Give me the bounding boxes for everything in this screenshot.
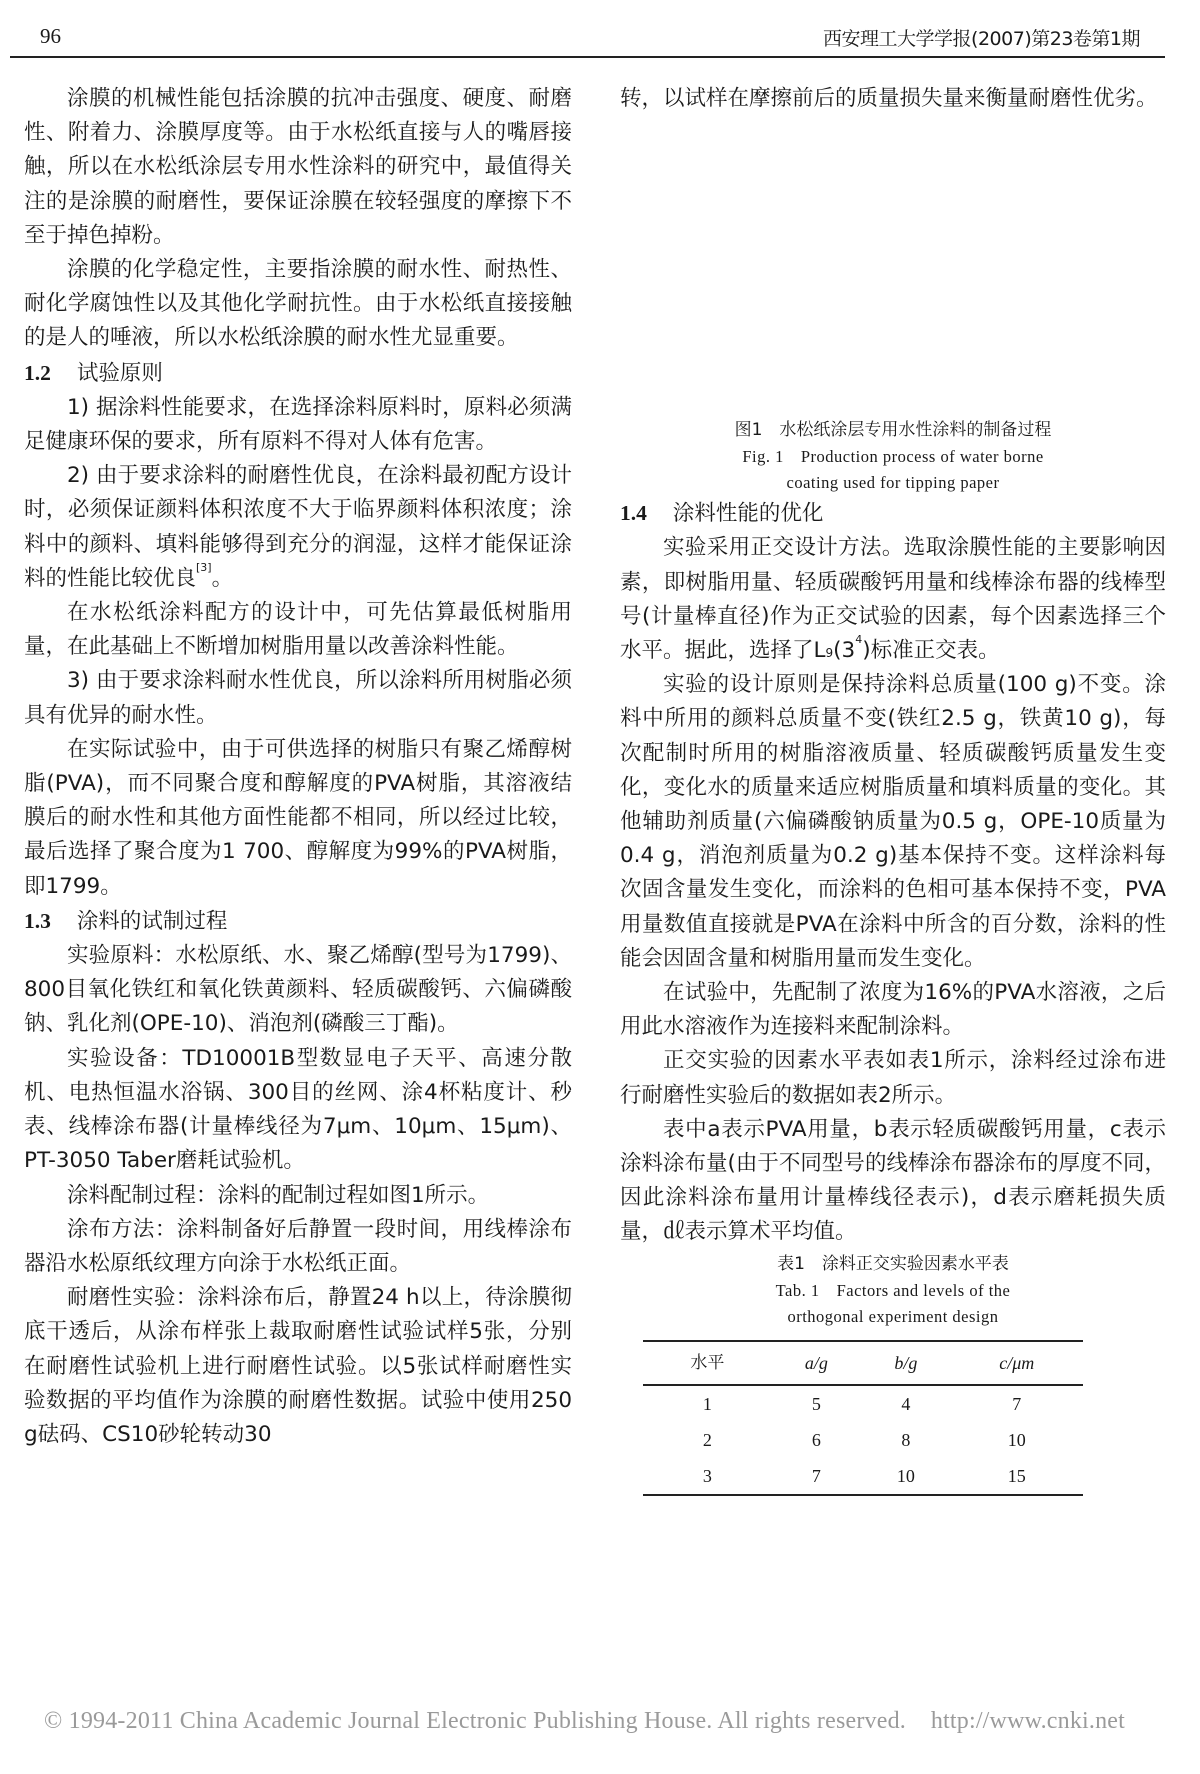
table-cell: 3	[643, 1458, 772, 1495]
table-cell: 1	[643, 1385, 772, 1422]
paragraph-principle-2: 2) 由于要求涂料的耐磨性优良，在涂料最初配方设计时，必须保证颜料体积浓度不大于…	[24, 459, 572, 596]
table-caption-en-line1: Tab. 1 Factors and levels of the	[620, 1278, 1166, 1304]
figure-1-placeholder	[620, 116, 1166, 416]
table-cell: 7	[951, 1385, 1083, 1422]
figure-caption-en-line2: coating used for tipping paper	[620, 470, 1166, 496]
table-cell: 8	[861, 1422, 950, 1458]
paragraph-design-principle: 实验的设计原则是保持涂料总质量(100 g)不变。涂料中所用的颜料总质量不变(铁…	[620, 668, 1166, 976]
section-title: 试验原则	[77, 361, 163, 386]
paragraph-preparation: 涂料配制过程：涂料的配制过程如图1所示。	[24, 1179, 572, 1213]
journal-title: 西安理工大学学报(2007)第23卷第1期	[823, 24, 1140, 51]
paragraph-principle-1: 1) 据涂料性能要求，在选择涂料原料时，原料必须满足健康环保的要求，所有原料不得…	[24, 391, 572, 459]
orthogonal-mid: (3	[833, 638, 855, 663]
table-cell: 7	[772, 1458, 861, 1495]
page-header: 96 西安理工大学学报(2007)第23卷第1期	[36, 20, 1164, 56]
table-row: 2 6 8 10	[643, 1422, 1083, 1458]
copyright-footer: © 1994-2011 China Academic Journal Elect…	[44, 1708, 1125, 1735]
paragraph-equipment: 实验设备：TD10001B型数显电子天平、高速分散机、电热恒温水浴锅、300目的…	[24, 1042, 572, 1179]
table-cell: 6	[772, 1422, 861, 1458]
table-cell: 10	[861, 1458, 950, 1495]
paragraph-mechanical-properties: 涂膜的机械性能包括涂膜的抗冲击强度、硬度、耐磨性、附着力、涂膜厚度等。由于水松纸…	[24, 82, 572, 253]
figure-caption-cn: 图1 水松纸涂层专用水性涂料的制备过程	[620, 416, 1166, 444]
orthogonal-end: )标准正交表。	[862, 638, 999, 663]
paragraph-variable-definitions: 表中a表示PVA用量，b表示轻质碳酸钙用量，c表示涂料涂布量(由于不同型号的线棒…	[620, 1113, 1166, 1250]
paragraph-pva-solution: 在试验中，先配制了浓度为16%的PVA水溶液，之后用此水溶液作为连接料来配制涂料…	[620, 976, 1166, 1044]
header-rule	[10, 56, 1165, 58]
subscript: 9	[825, 646, 833, 660]
section-number: 1.2	[24, 361, 51, 385]
paragraph-coating-method: 涂布方法：涂料制备好后静置一段时间，用线棒涂布器沿水松原纸纹理方向涂于水松纸正面…	[24, 1213, 572, 1281]
section-heading-1-3: 1.3涂料的试制过程	[24, 904, 572, 939]
footer-url[interactable]: http://www.cnki.net	[931, 1708, 1125, 1734]
paragraph-orthogonal-design: 实验采用正交设计方法。选取涂膜性能的主要影响因素，即树脂用量、轻质碳酸钙用量和线…	[620, 531, 1166, 668]
header-a: a/g	[772, 1341, 861, 1385]
header-c: c/μm	[951, 1341, 1083, 1385]
paragraph-abrasion-continued: 转，以试样在摩擦前后的质量损失量来衡量耐磨性优劣。	[620, 82, 1166, 116]
table-caption-cn: 表1 涂料正交实验因素水平表	[620, 1250, 1166, 1278]
table-cell: 15	[951, 1458, 1083, 1495]
table-header-row: 水平 a/g b/g c/μm	[643, 1341, 1083, 1385]
paragraph-pva-selection: 在实际试验中，由于可供选择的树脂只有聚乙烯醇树脂(PVA)，而不同聚合度和醇解度…	[24, 733, 572, 904]
page-number: 96	[40, 24, 61, 49]
paragraph-table-reference: 正交实验的因素水平表如表1所示，涂料经过涂布进行耐磨性实验后的数据如表2所示。	[620, 1044, 1166, 1112]
citation-ref: [3]	[196, 561, 212, 574]
left-column: 涂膜的机械性能包括涂膜的抗冲击强度、硬度、耐磨性、附着力、涂膜厚度等。由于水松纸…	[24, 82, 572, 1452]
paragraph-abrasion-test: 耐磨性实验：涂料涂布后，静置24 h以上，待涂膜彻底干透后，从涂布样张上裁取耐磨…	[24, 1281, 572, 1452]
section-number: 1.3	[24, 909, 51, 933]
right-column: 转，以试样在摩擦前后的质量损失量来衡量耐磨性优劣。 图1 水松纸涂层专用水性涂料…	[620, 82, 1166, 1496]
figure-caption-en-line1: Fig. 1 Production process of water borne	[620, 444, 1166, 470]
table-cell: 4	[861, 1385, 950, 1422]
section-title: 涂料的试制过程	[77, 909, 228, 934]
principle-2-end: 。	[212, 566, 234, 591]
table-cell: 5	[772, 1385, 861, 1422]
header-b: b/g	[861, 1341, 950, 1385]
paragraph-chemical-stability: 涂膜的化学稳定性，主要指涂膜的耐水性、耐热性、耐化学腐蚀性以及其他化学耐抗性。由…	[24, 253, 572, 356]
table-cell: 2	[643, 1422, 772, 1458]
principle-2-text: 2) 由于要求涂料的耐磨性优良，在涂料最初配方设计时，必须保证颜料体积浓度不大于…	[24, 463, 572, 591]
paragraph-principle-3: 3) 由于要求涂料耐水性优良，所以涂料所用树脂必须具有优异的耐水性。	[24, 664, 572, 732]
factor-level-table: 水平 a/g b/g c/μm 1 5 4 7 2 6 8 10 3 7	[643, 1340, 1083, 1497]
section-number: 1.4	[620, 501, 647, 525]
section-heading-1-2: 1.2试验原则	[24, 356, 572, 391]
paragraph-resin-estimate: 在水松纸涂料配方的设计中，可先估算最低树脂用量，在此基础上不断增加树脂用量以改善…	[24, 596, 572, 664]
copyright-text: © 1994-2011 China Academic Journal Elect…	[44, 1708, 906, 1734]
header-level: 水平	[643, 1341, 772, 1385]
table-caption-en-line2: orthogonal experiment design	[620, 1304, 1166, 1330]
table-row: 3 7 10 15	[643, 1458, 1083, 1495]
table-cell: 10	[951, 1422, 1083, 1458]
section-title: 涂料性能的优化	[673, 501, 824, 526]
paragraph-materials: 实验原料：水松原纸、水、聚乙烯醇(型号为1799)、800目氧化铁红和氧化铁黄颜…	[24, 939, 572, 1042]
table-row: 1 5 4 7	[643, 1385, 1083, 1422]
section-heading-1-4: 1.4涂料性能的优化	[620, 496, 1166, 531]
